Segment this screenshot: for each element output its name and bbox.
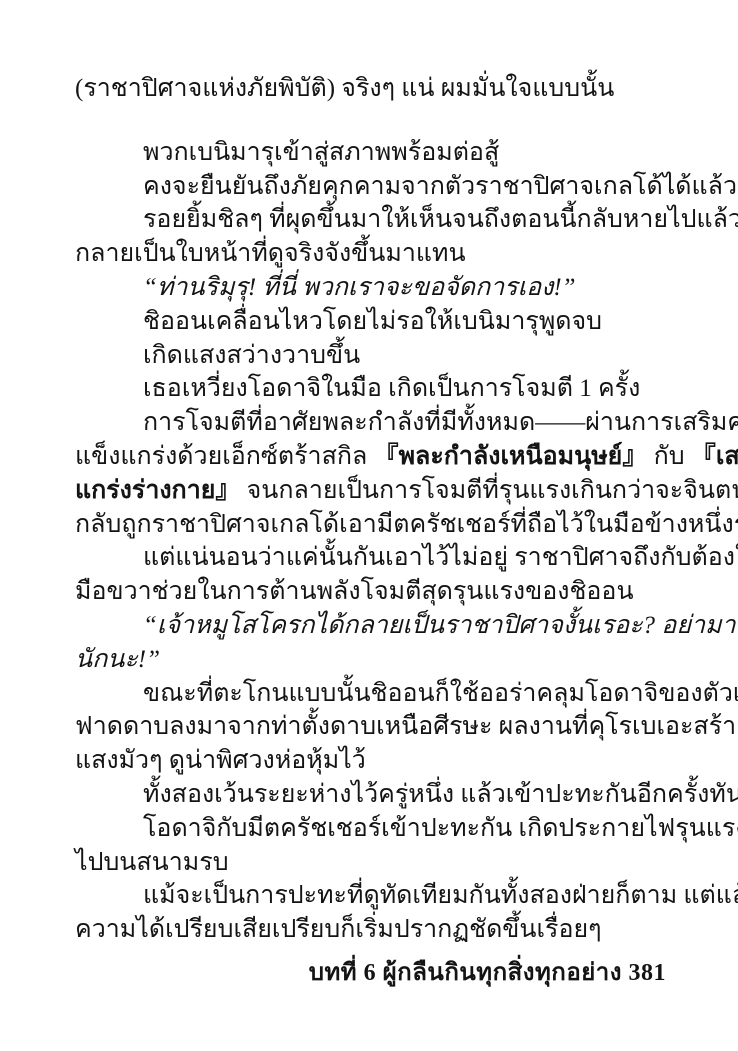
text-line: ทั้งสองเว้นระยะห่างไว้ครู่หนึ่ง แล้วเข้า…: [75, 778, 671, 812]
text-segment: มือขวาช่วยในการต้านพลังโจมตีสุดรุนแรงของ…: [75, 578, 634, 605]
text-line: แต่แน่นอนว่าแค่นั้นกันเอาไว้ไม่อยู่ ราชา…: [75, 541, 671, 575]
blank-line: [75, 106, 671, 136]
text-line: คงจะยืนยันถึงภัยคุกคามจากตัวราชาปิศาจเกล…: [75, 170, 671, 204]
text-segment: ขณะที่ตะโกนแบบนั้นชิออนก็ใช้ออร่าคลุมโอด…: [143, 680, 738, 707]
text-line: รอยยิ้มชิลๆ ที่ผุดขึ้นมาให้เห็นจนถึงตอนน…: [75, 203, 671, 237]
text-segment: ฟาดดาบลงมาจากท่าตั้งดาบเหนือศีรษะ ผลงานท…: [75, 713, 738, 740]
text-segment: กับ: [647, 443, 691, 470]
book-page: (ราชาปิศาจแห่งภัยพิบัติ) จริงๆ แน่ ผมมั่…: [0, 0, 738, 1051]
text-line: แสงมัวๆ ดูน่าพิศวงห่อหุ้มไว้: [75, 744, 671, 778]
text-line: มือขวาช่วยในการต้านพลังโจมตีสุดรุนแรงของ…: [75, 575, 671, 609]
text-segment: 『พละกำลังเหนือมนุษย์』: [374, 443, 648, 470]
text-segment: การโจมตีที่อาศัยพละกำลังที่มีทั้งหมด——ผ่…: [143, 409, 738, 436]
text-line: กลายเป็นใบหน้าที่ดูจริงจังขึ้นมาแทน: [75, 237, 671, 271]
text-segment: ชิออนเคลื่อนไหวโดยไม่รอให้เบนิมารุพูดจบ: [143, 308, 602, 335]
text-segment: รอยยิ้มชิลๆ ที่ผุดขึ้นมาให้เห็นจนถึงตอนน…: [143, 206, 738, 233]
text-segment: นักนะ!”: [75, 646, 160, 673]
text-segment: “เจ้าหมูโสโครกได้กลายเป็นราชาปิศาจงั้นเร…: [143, 612, 738, 639]
text-line: “ท่านริมุรุ! ที่นี่ พวกเราจะขอจัดการเอง!…: [75, 271, 671, 305]
text-segment: กลายเป็นใบหน้าที่ดูจริงจังขึ้นมาแทน: [75, 240, 466, 267]
text-line: การโจมตีที่อาศัยพละกำลังที่มีทั้งหมด——ผ่…: [75, 406, 671, 440]
text-line: โอดาจิกับมีตครัชเชอร์เข้าปะทะกัน เกิดประ…: [75, 812, 671, 846]
text-segment: ทั้งสองเว้นระยะห่างไว้ครู่หนึ่ง แล้วเข้า…: [143, 781, 738, 808]
text-line: แข็งแกร่งด้วยเอ็กซ์ตร้าสกิล 『พละกำลังเหน…: [75, 440, 671, 474]
text-segment: กลับถูกราชาปิศาจเกลโด้เอามีตครัชเชอร์ที่…: [75, 511, 738, 538]
text-line: ฟาดดาบลงมาจากท่าตั้งดาบเหนือศีรษะ ผลงานท…: [75, 710, 671, 744]
text-segment: แม้จะเป็นการปะทะที่ดูทัดเทียมกันทั้งสองฝ…: [143, 882, 738, 909]
text-line: “เจ้าหมูโสโครกได้กลายเป็นราชาปิศาจงั้นเร…: [75, 609, 671, 643]
text-line: พวกเบนิมารุเข้าสู่สภาพพร้อมต่อสู้: [75, 136, 671, 170]
text-segment: (ราชาปิศาจแห่งภัยพิบัติ) จริงๆ แน่ ผมมั่…: [75, 75, 614, 102]
text-line: กลับถูกราชาปิศาจเกลโด้เอามีตครัชเชอร์ที่…: [75, 508, 671, 542]
text-line: ชิออนเคลื่อนไหวโดยไม่รอให้เบนิมารุพูดจบ: [75, 305, 671, 339]
text-segment: เธอเหวี่ยงโอดาจิในมือ เกิดเป็นการโจมตี 1…: [143, 375, 640, 402]
body-text: (ราชาปิศาจแห่งภัยพิบัติ) จริงๆ แน่ ผมมั่…: [75, 72, 671, 947]
text-line: นักนะ!”: [75, 643, 671, 677]
text-line: ไปบนสนามรบ: [75, 846, 671, 880]
text-line: เกิดแสงสว่างวาบขึ้น: [75, 339, 671, 373]
text-line: แกร่งร่างกาย』 จนกลายเป็นการโจมตีที่รุนแร…: [75, 474, 671, 508]
text-segment: โอดาจิกับมีตครัชเชอร์เข้าปะทะกัน เกิดประ…: [143, 815, 738, 842]
chapter-footer: บทที่ 6 ผู้กลืนกินทุกสิ่งทุกอย่าง 381: [309, 952, 666, 991]
text-line: เธอเหวี่ยงโอดาจิในมือ เกิดเป็นการโจมตี 1…: [75, 372, 671, 406]
text-segment: แต่แน่นอนว่าแค่นั้นกันเอาไว้ไม่อยู่ ราชา…: [143, 544, 738, 571]
text-segment: เกิดแสงสว่างวาบขึ้น: [143, 342, 360, 369]
text-segment: ความได้เปรียบเสียเปรียบก็เริ่มปรากฏชัดขึ…: [75, 916, 602, 943]
text-segment: พวกเบนิมารุเข้าสู่สภาพพร้อมต่อสู้: [143, 139, 499, 166]
text-segment: “ท่านริมุรุ! ที่นี่ พวกเราจะขอจัดการเอง!…: [143, 274, 576, 301]
text-line: ขณะที่ตะโกนแบบนั้นชิออนก็ใช้ออร่าคลุมโอด…: [75, 677, 671, 711]
text-segment: แสงมัวๆ ดูน่าพิศวงห่อหุ้มไว้: [75, 747, 366, 774]
text-line: แม้จะเป็นการปะทะที่ดูทัดเทียมกันทั้งสองฝ…: [75, 879, 671, 913]
text-segment: คงจะยืนยันถึงภัยคุกคามจากตัวราชาปิศาจเกล…: [143, 173, 738, 200]
text-line: (ราชาปิศาจแห่งภัยพิบัติ) จริงๆ แน่ ผมมั่…: [75, 72, 671, 106]
text-segment: 『เสริม-: [691, 443, 738, 470]
text-segment: ไปบนสนามรบ: [75, 849, 229, 876]
text-segment: แข็งแกร่งด้วยเอ็กซ์ตร้าสกิล: [75, 443, 374, 470]
text-segment: จนกลายเป็นการโจมตีที่รุนแรงเกินกว่าจะจิน…: [240, 477, 738, 504]
text-segment: แกร่งร่างกาย』: [75, 477, 240, 504]
text-line: ความได้เปรียบเสียเปรียบก็เริ่มปรากฏชัดขึ…: [75, 913, 671, 947]
